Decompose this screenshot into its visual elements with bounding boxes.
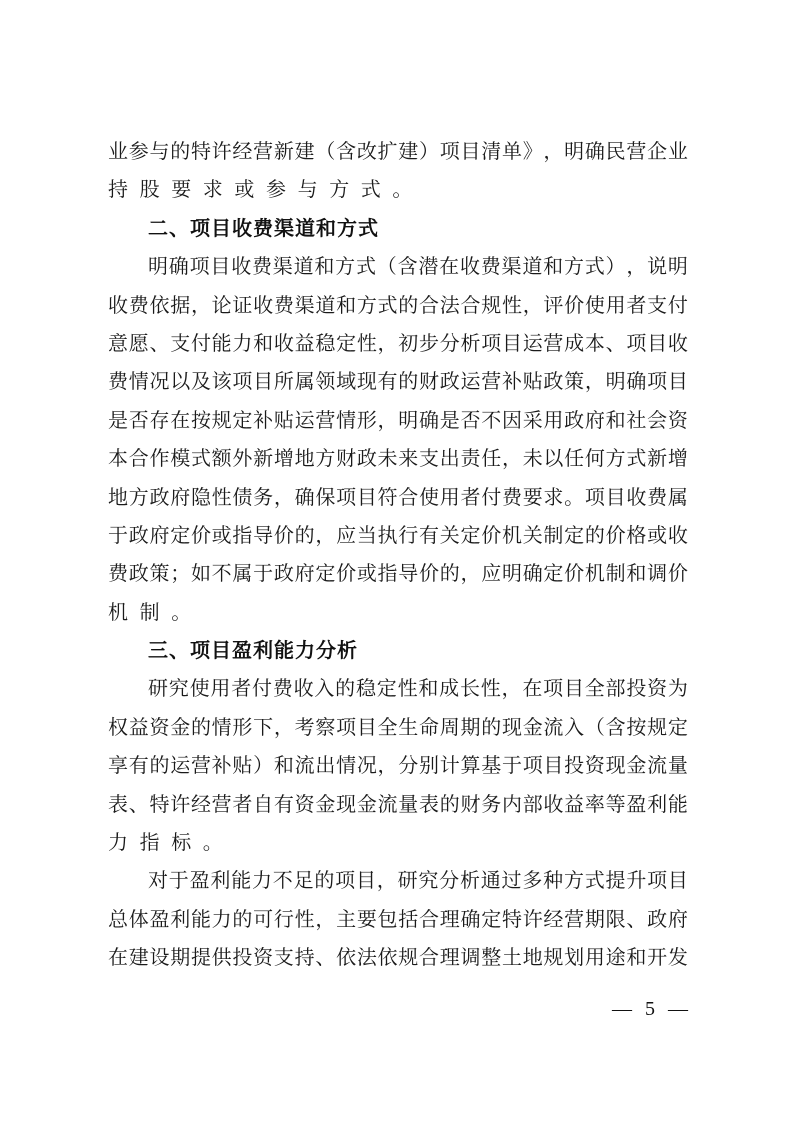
paragraph-line: 业参与的特许经营新建（含改扩建）项目清单》，明确民营企业	[108, 132, 688, 170]
paragraph-line: 权益资金的情形下，考察项目全生命周期的现金流入（含按规定	[108, 708, 688, 746]
paragraph-line: 费政策；如不属于政府定价或指导价的，应明确定价机制和调价	[108, 554, 688, 592]
paragraph-line: 意愿、支付能力和收益稳定性，初步分析项目运营成本、项目收	[108, 324, 688, 362]
paragraph-line: 收费依据，论证收费渠道和方式的合法合规性，评价使用者支付	[108, 286, 688, 324]
paragraph-line: 机制。	[108, 593, 688, 631]
document-page: 业参与的特许经营新建（含改扩建）项目清单》，明确民营企业持股要求或参与方式。二、…	[0, 0, 794, 1123]
paragraph-line: 地方政府隐性债务，确保项目符合使用者付费要求。项目收费属	[108, 478, 688, 516]
paragraph-line: 总体盈利能力的可行性，主要包括合理确定特许经营期限、政府	[108, 900, 688, 938]
paragraph-line: 对于盈利能力不足的项目，研究分析通过多种方式提升项目	[108, 861, 688, 899]
paragraph-line: 力指标。	[108, 823, 688, 861]
document-body: 业参与的特许经营新建（含改扩建）项目清单》，明确民营企业持股要求或参与方式。二、…	[108, 132, 688, 977]
paragraph-line: 表、特许经营者自有资金现金流量表的财务内部收益率等盈利能	[108, 785, 688, 823]
paragraph-line: 在建设期提供投资支持、依法依规合理调整土地规划用途和开发	[108, 938, 688, 976]
paragraph-line: 是否存在按规定补贴运营情形，明确是否不因采用政府和社会资	[108, 401, 688, 439]
paragraph-line: 研究使用者付费收入的稳定性和成长性，在项目全部投资为	[108, 669, 688, 707]
section-heading: 三、项目盈利能力分析	[108, 631, 688, 669]
paragraph-line: 费情况以及该项目所属领域现有的财政运营补贴政策，明确项目	[108, 362, 688, 400]
paragraph-line: 明确项目收费渠道和方式（含潜在收费渠道和方式），说明	[108, 247, 688, 285]
paragraph-line: 于政府定价或指导价的，应当执行有关定价机关制定的价格或收	[108, 516, 688, 554]
paragraph-line: 持股要求或参与方式。	[108, 170, 688, 208]
paragraph-line: 享有的运营补贴）和流出情况，分别计算基于项目投资现金流量	[108, 746, 688, 784]
page-number: — 5 —	[612, 998, 692, 1021]
section-heading: 二、项目收费渠道和方式	[108, 209, 688, 247]
paragraph-line: 本合作模式额外新增地方财政未来支出责任，未以任何方式新增	[108, 439, 688, 477]
